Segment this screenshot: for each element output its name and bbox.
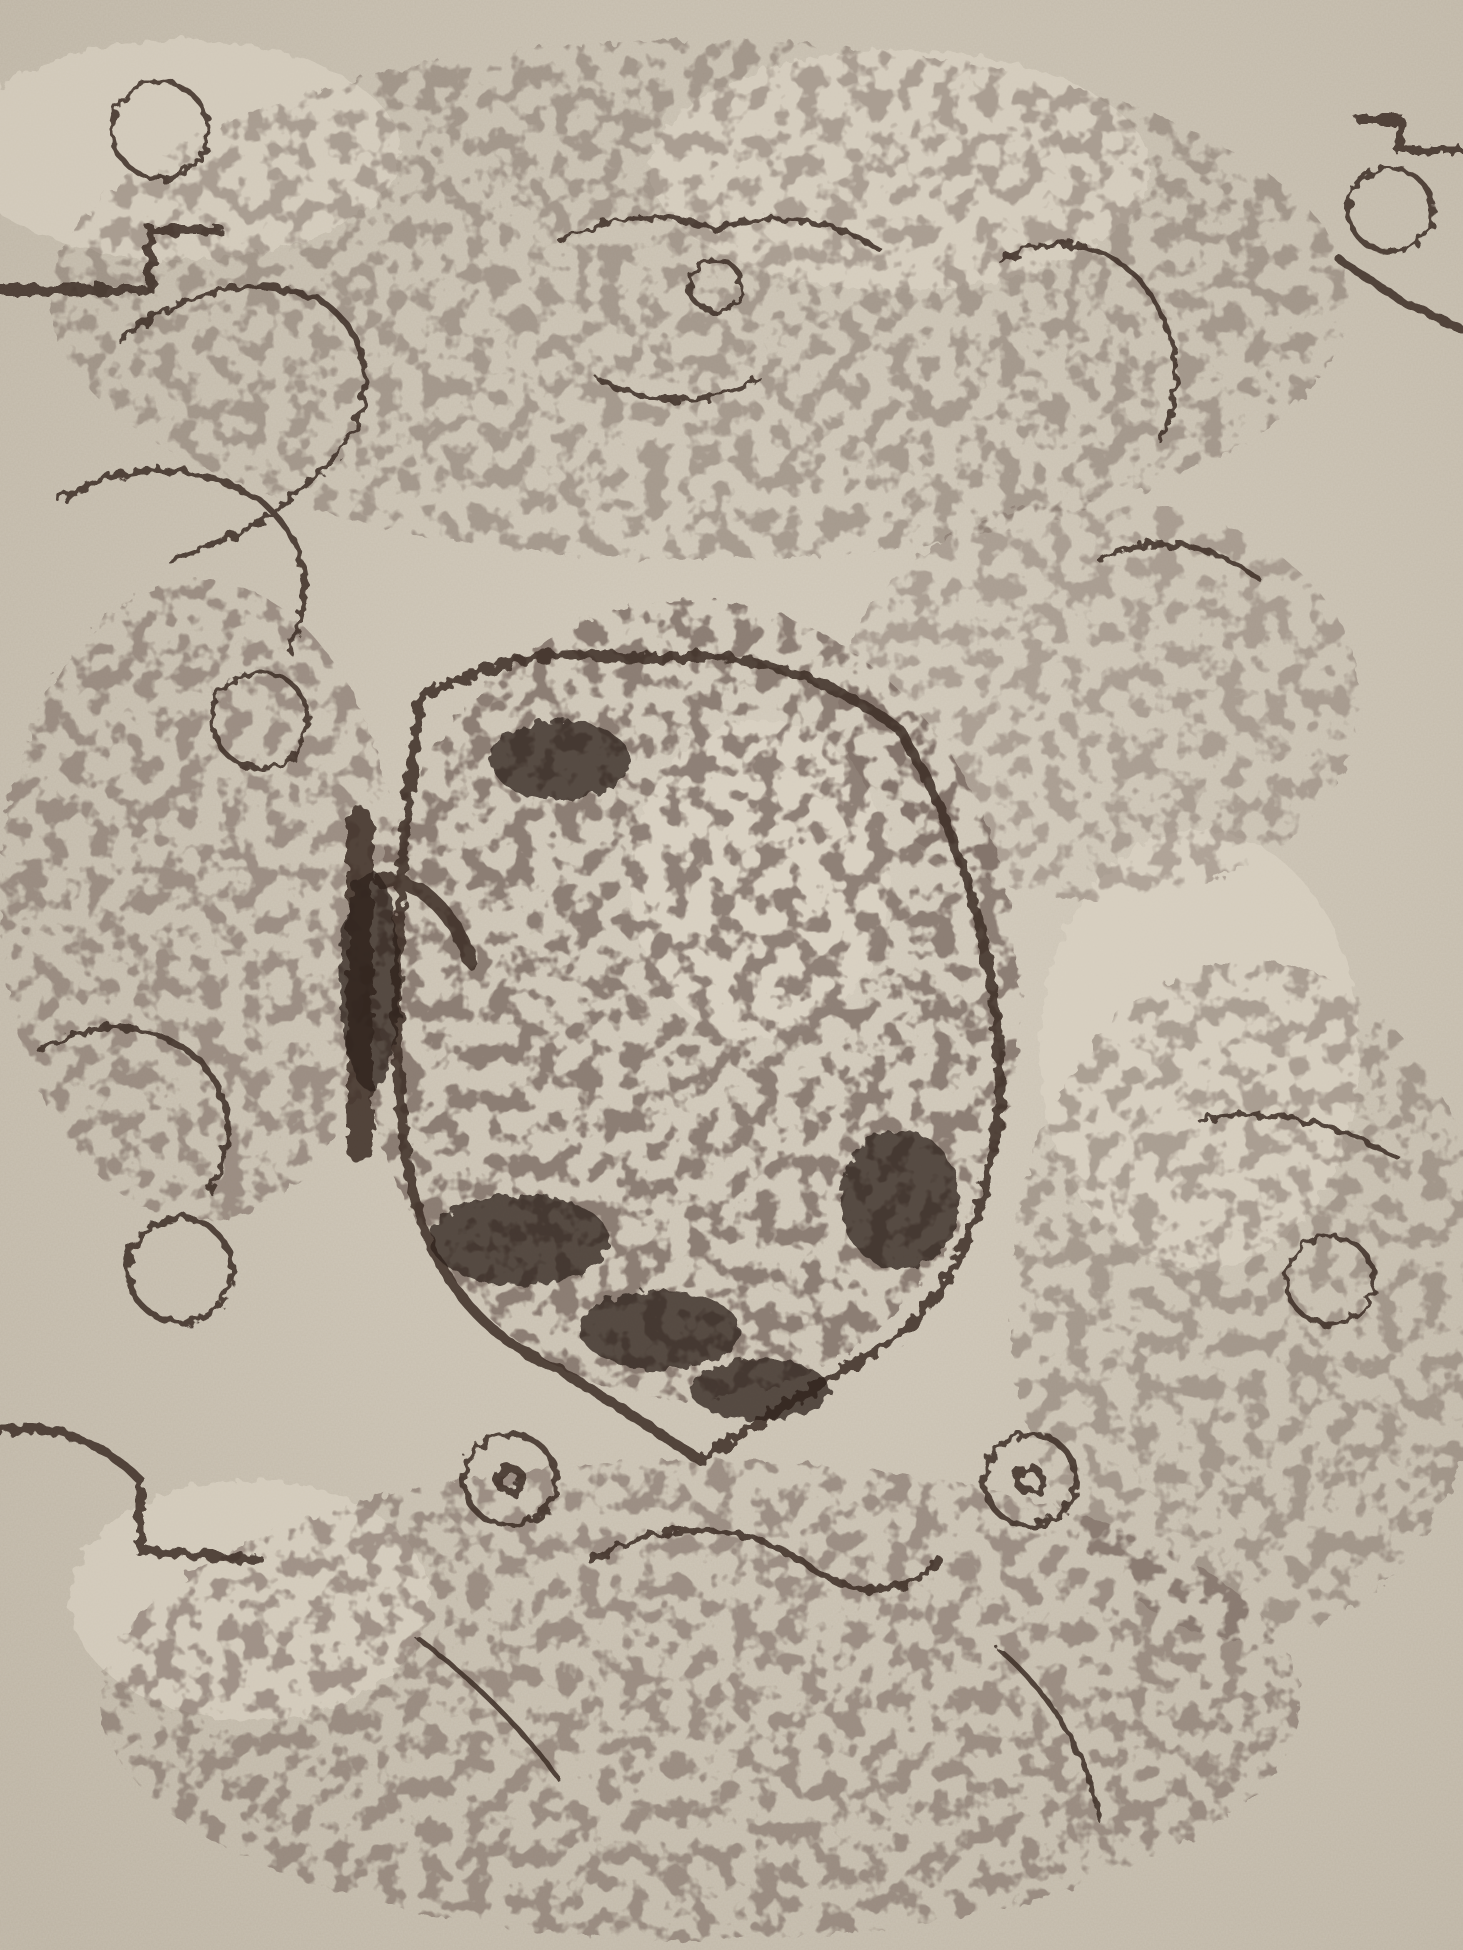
rug-photo xyxy=(0,0,1463,1950)
rug-pattern xyxy=(0,0,1463,1950)
